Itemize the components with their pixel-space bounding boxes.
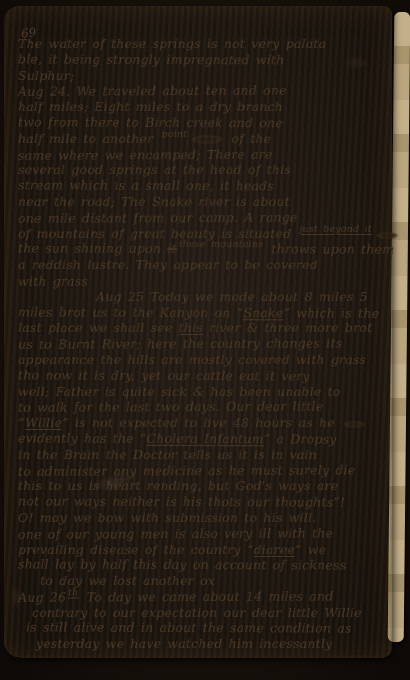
manuscript-line: one of our young men is also very ill wi… (18, 525, 376, 542)
text-segment: with grass (18, 273, 88, 288)
text-segment: contrary to our expectation our dear lit… (32, 605, 362, 620)
text-segment: half miles; Eight miles to a dry branch (18, 99, 283, 114)
text-segment: stream which is a small one, it heads (18, 178, 274, 194)
text-segment: to day we lost another ox (40, 573, 215, 588)
text-segment: several good springs at the head of this (18, 162, 291, 177)
text-segment: ble, it being strongly impregnated with (18, 51, 285, 67)
manuscript-line: is still alive and in about the same con… (18, 620, 376, 637)
manuscript-line: last place we shall see this river & thr… (18, 320, 376, 336)
manuscript-line: stream which is a small one, it heads (18, 178, 376, 195)
text-segment: last place we shall see (18, 320, 179, 335)
text-segment: same where we encamped; There are (18, 146, 273, 162)
ink-blot (191, 135, 223, 144)
manuscript-line: The water of these springs is not very p… (18, 36, 376, 52)
text-segment: throws upon them (265, 242, 394, 257)
text-segment: two from there to Birch creek and one (18, 114, 283, 130)
manuscript-line: the sun shining upon itthese mountains t… (18, 241, 376, 258)
text-segment: this (179, 320, 203, 335)
text-segment: Aug 26 (18, 589, 66, 604)
text-segment: Aug 24. We traveled about ten and one (18, 83, 287, 99)
text-segment: tho now it is dry, yet our cattle eat it… (18, 367, 310, 383)
text-segment: to walk for the last two days. Our dear … (18, 399, 323, 415)
manuscript-line: in the Brain the Doctor tells us it is i… (18, 447, 376, 463)
manuscript-scan: { "colors": { "background": "#17110c", "… (0, 0, 410, 680)
text-segment: appearance the hills are mostly covered … (18, 352, 366, 367)
text-segment: ” is not expected to live 48 hours as he (62, 415, 341, 430)
text-segment: not our ways neither is his thots our th… (18, 493, 345, 509)
diary-page: 69 The water of these springs is not ver… (4, 6, 392, 658)
text-segment: in the Brain the Doctor tells us it is i… (18, 447, 317, 462)
text-segment: one mile distant from our camp. A range (18, 209, 298, 225)
handwritten-text: The water of these springs is not very p… (18, 36, 376, 652)
manuscript-line: O! may we bow with submission to his wil… (18, 510, 376, 526)
manuscript-line: evidently has the “Cholera Infantum” a D… (18, 430, 376, 447)
text-segment: one of our young men is also very ill wi… (18, 525, 333, 541)
ink-blot (376, 232, 398, 239)
text-segment: a reddish lustre. They appear to be cove… (18, 257, 318, 272)
manuscript-line: this to us is heart rending, but God's w… (18, 478, 376, 494)
text-segment: ” we (295, 542, 326, 557)
manuscript-line: with grass (18, 272, 376, 289)
text-segment: it (167, 241, 176, 256)
manuscript-line: Aug 26th To day we came about 14 miles a… (18, 588, 376, 605)
manuscript-line: a reddish lustre. They appear to be cove… (18, 257, 376, 273)
manuscript-line: “Willie” is not expected to live 48 hour… (18, 415, 376, 431)
text-segment: us to Burnt River; here the country chan… (18, 336, 342, 352)
text-segment: The water of these springs is not very p… (18, 36, 326, 51)
text-segment: miles brot us to the Kanyon on “ (18, 304, 243, 320)
manuscript-line: not our ways neither is his thots our th… (18, 493, 376, 510)
text-segment: diaree (254, 542, 295, 557)
text-segment: ” which is the (283, 305, 379, 320)
manuscript-line: us to Burnt River; here the country chan… (18, 335, 376, 352)
text-segment: the sun shining upon (18, 241, 167, 257)
manuscript-line: to walk for the last two days. Our dear … (18, 399, 376, 416)
text-segment: river & three more brot (203, 320, 372, 335)
manuscript-line: several good springs at the head of this (18, 162, 376, 178)
text-segment: is still alive and in about the same con… (26, 620, 352, 636)
manuscript-line: Aug 25 Today we made about 8 miles 5 (18, 289, 376, 305)
text-segment: this to us is heart rending, but God's w… (18, 478, 338, 493)
text-segment: Willie (25, 415, 62, 430)
text-segment: ” a Dropsy (264, 431, 337, 446)
manuscript-line: to administer any medicine as he must su… (18, 462, 376, 479)
manuscript-line: near the road; The Snake river is about (18, 194, 376, 210)
manuscript-line: shall lay by half this day on account of… (18, 557, 376, 574)
text-segment: yesterday we have watched him incessantl… (36, 636, 332, 651)
text-segment: O! may we bow with submission to his wil… (18, 510, 316, 525)
text-segment: half mile to another (18, 131, 160, 146)
text-segment: To day we came about 14 miles and (80, 588, 333, 604)
manuscript-line: Sulphur; (18, 68, 376, 84)
text-segment: Aug 25 Today we made about 8 miles 5 (96, 289, 368, 304)
manuscript-line: half miles; Eight miles to a dry branch (18, 99, 376, 115)
manuscript-line: two from there to Birch creek and one (18, 114, 376, 131)
manuscript-line: well; Father is quite sick & has been un… (18, 384, 376, 400)
text-segment: prevailing disease of the country “ (18, 542, 254, 557)
text-segment: to administer any medicine as he must su… (18, 462, 355, 478)
manuscript-line: appearance the hills are mostly covered … (18, 352, 376, 368)
text-segment: near the road; The Snake river is about (18, 194, 290, 209)
ink-blot (343, 421, 365, 428)
text-segment: evidently has the “ (18, 430, 147, 445)
manuscript-line: ble, it being strongly impregnated with (18, 51, 376, 68)
text-segment: Cholera Infantum (146, 431, 263, 446)
manuscript-line: contrary to our expectation our dear lit… (18, 605, 376, 621)
manuscript-line: miles brot us to the Kanyon on “Snake” w… (18, 304, 376, 321)
text-segment: Sulphur; (18, 68, 75, 83)
text-segment: “ (18, 415, 25, 430)
manuscript-line: tho now it is dry, yet our cattle eat it… (18, 367, 376, 384)
manuscript-line: half mile to another point of the (18, 131, 376, 147)
manuscript-line: Aug 24. We traveled about ten and one (18, 83, 376, 100)
text-segment: Snake (243, 305, 283, 320)
text-segment: of the (225, 131, 271, 146)
manuscript-line: same where we encamped; There are (18, 146, 376, 163)
text-segment: well; Father is quite sick & has been un… (18, 384, 340, 399)
text-segment: shall lay by half this day on account of… (18, 557, 346, 573)
manuscript-line: yesterday we have watched him incessantl… (18, 636, 376, 652)
manuscript-line: prevailing disease of the country “diare… (18, 542, 376, 558)
manuscript-line: to day we lost another ox (18, 573, 376, 589)
